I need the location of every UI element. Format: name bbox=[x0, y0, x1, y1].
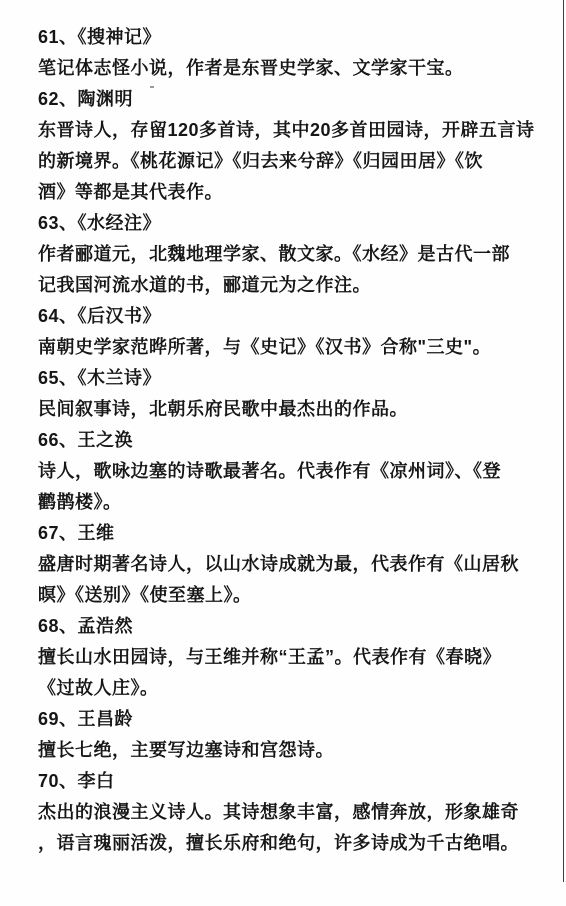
entry-heading: 66、王之涣 bbox=[38, 425, 566, 456]
entry-heading: 65、《木兰诗》 bbox=[38, 363, 566, 394]
entry-body-line: 诗人，歌咏边塞的诗歌最著名。代表作有《凉州词》、《登 bbox=[38, 456, 566, 487]
entry-body-line: 南朝史学家范晔所著，与《史记》《汉书》合称"三史"。 bbox=[38, 332, 566, 363]
entry-heading: 61、《搜神记》 bbox=[38, 22, 566, 53]
entry-68: 68、孟浩然 擅长山水田园诗，与王维并称“王孟”。代表作有《春晓》 《过故人庄》… bbox=[38, 611, 566, 704]
entry-heading: 68、孟浩然 bbox=[38, 611, 566, 642]
entry-66: 66、王之涣 诗人，歌咏边塞的诗歌最著名。代表作有《凉州词》、《登 鹳鹊楼》。 bbox=[38, 425, 566, 518]
entry-64: 64、《后汉书》 南朝史学家范晔所著，与《史记》《汉书》合称"三史"。 bbox=[38, 301, 566, 363]
entry-62: 62、陶渊明 东晋诗人，存留120多首诗，其中20多首田园诗，开辟五言诗 的新境… bbox=[38, 84, 566, 208]
entry-body-line: 笔记体志怪小说，作者是东晋史学家、文学家干宝。 bbox=[38, 53, 566, 84]
entry-body-line: 擅长七绝，主要写边塞诗和宫怨诗。 bbox=[38, 735, 566, 766]
entry-body-line: 酒》等都是其代表作。 bbox=[38, 177, 566, 208]
entry-67: 67、王维 盛唐时期著名诗人，以山水诗成就为最，代表作有《山居秋 暝》《送别》《… bbox=[38, 518, 566, 611]
entry-body-line: 杰出的浪漫主义诗人。其诗想象丰富，感情奔放，形象雄奇 bbox=[38, 797, 566, 828]
entry-body-line: 盛唐时期著名诗人，以山水诗成就为最，代表作有《山居秋 bbox=[38, 549, 566, 580]
entry-body-line: 东晋诗人，存留120多首诗，其中20多首田园诗，开辟五言诗 bbox=[38, 115, 566, 146]
entry-heading: 69、王昌龄 bbox=[38, 704, 566, 735]
entry-heading: 63、《水经注》 bbox=[38, 208, 566, 239]
entry-heading: 64、《后汉书》 bbox=[38, 301, 566, 332]
entry-body-line: 记我国河流水道的书，郦道元为之作注。 bbox=[38, 270, 566, 301]
document-page: 61、《搜神记》 笔记体志怪小说，作者是东晋史学家、文学家干宝。 62、陶渊明 … bbox=[0, 0, 566, 906]
entry-63: 63、《水经注》 作者郦道元，北魏地理学家、散文家。《水经》是古代一部 记我国河… bbox=[38, 208, 566, 301]
scan-speck-artifact bbox=[150, 86, 154, 88]
entry-70: 70、李白 杰出的浪漫主义诗人。其诗想象丰富，感情奔放，形象雄奇 ，语言瑰丽活泼… bbox=[38, 766, 566, 859]
entry-61: 61、《搜神记》 笔记体志怪小说，作者是东晋史学家、文学家干宝。 bbox=[38, 22, 566, 84]
entry-body-line: 的新境界。《桃花源记》《归去来兮辞》《归园田居》《饮 bbox=[38, 146, 566, 177]
entry-body-line: ，语言瑰丽活泼，擅长乐府和绝句，许多诗成为千古绝唱。 bbox=[38, 828, 566, 859]
entry-heading: 67、王维 bbox=[38, 518, 566, 549]
entry-65: 65、《木兰诗》 民间叙事诗，北朝乐府民歌中最杰出的作品。 bbox=[38, 363, 566, 425]
entry-body-line: 作者郦道元，北魏地理学家、散文家。《水经》是古代一部 bbox=[38, 239, 566, 270]
entry-body-line: 暝》《送别》《使至塞上》。 bbox=[38, 580, 566, 611]
entry-69: 69、王昌龄 擅长七绝，主要写边塞诗和宫怨诗。 bbox=[38, 704, 566, 766]
entry-body-line: 鹳鹊楼》。 bbox=[38, 487, 566, 518]
entry-heading: 70、李白 bbox=[38, 766, 566, 797]
entry-body-line: 《过故人庄》。 bbox=[38, 673, 566, 704]
entry-heading: 62、陶渊明 bbox=[38, 84, 566, 115]
text-content: 61、《搜神记》 笔记体志怪小说，作者是东晋史学家、文学家干宝。 62、陶渊明 … bbox=[38, 22, 566, 859]
entry-body-line: 民间叙事诗，北朝乐府民歌中最杰出的作品。 bbox=[38, 394, 566, 425]
page-edge-scan-line bbox=[563, 0, 564, 882]
entry-body-line: 擅长山水田园诗，与王维并称“王孟”。代表作有《春晓》 bbox=[38, 642, 566, 673]
